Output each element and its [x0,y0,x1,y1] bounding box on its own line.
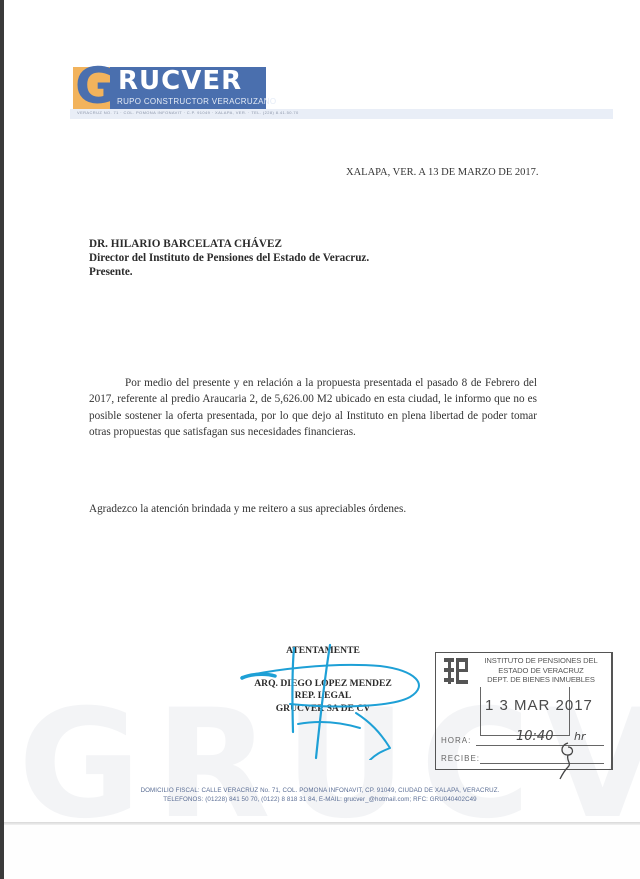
footer-address: DOMICILIO FISCAL: CALLE VERACRUZ No. 71,… [80,786,560,795]
recipient-name: DR. HILARIO BARCELATA CHÁVEZ [89,237,369,251]
ipe-logo-icon [444,658,468,684]
stamp-institution: INSTITUTO DE PENSIONES DEL ESTADO DE VER… [472,656,610,685]
handwritten-signature [230,640,430,760]
reception-stamp: INSTITUTO DE PENSIONES DEL ESTADO DE VER… [435,652,613,770]
stamp-hora-value: 10:40 [516,729,553,744]
logo-initial: G [75,61,116,111]
stamp-recibe-label: RECIBE: [441,754,480,763]
stamp-department: DEPT. DE BIENES INMUEBLES [472,675,610,685]
logo-brand-name: RUCVER [118,68,242,94]
company-logo: G RUCVER RUPO CONSTRUCTOR VERACRUZANO [73,67,266,109]
letterhead-address: VERACRUZ NO. 71 · COL. POMONA INFONAVIT … [77,110,299,115]
stamp-institution-line2: ESTADO DE VERACRUZ [472,666,610,676]
stamp-institution-line1: INSTITUTO DE PENSIONES DEL [472,656,610,666]
logo-tagline: RUPO CONSTRUCTOR VERACRUZANO [117,97,276,106]
letter-footer: DOMICILIO FISCAL: CALLE VERACRUZ No. 71,… [80,786,560,804]
stamp-hora-label: HORA: [441,736,471,745]
recipient-block: DR. HILARIO BARCELATA CHÁVEZ Director de… [89,237,369,279]
date-line: XALAPA, VER. A 13 DE MARZO DE 2017. [346,165,539,181]
closing-line: Agradezco la atención brindada y me reit… [89,501,406,517]
stamp-initials-signature [554,741,584,781]
stamp-date: 1 3 MAR 2017 [485,697,593,714]
stamp-hora-line [476,745,604,746]
stamp-recibe-line [480,763,604,764]
recipient-position: Director del Instituto de Pensiones del … [89,251,369,265]
body-paragraph: Por medio del presente y en relación a l… [89,375,537,441]
footer-contact: TELEFONOS: (01228) 841 50 70, (0122) 8 8… [80,795,560,804]
recipient-salutation: Presente. [89,265,369,279]
body-paragraph-text: Por medio del presente y en relación a l… [89,377,537,438]
